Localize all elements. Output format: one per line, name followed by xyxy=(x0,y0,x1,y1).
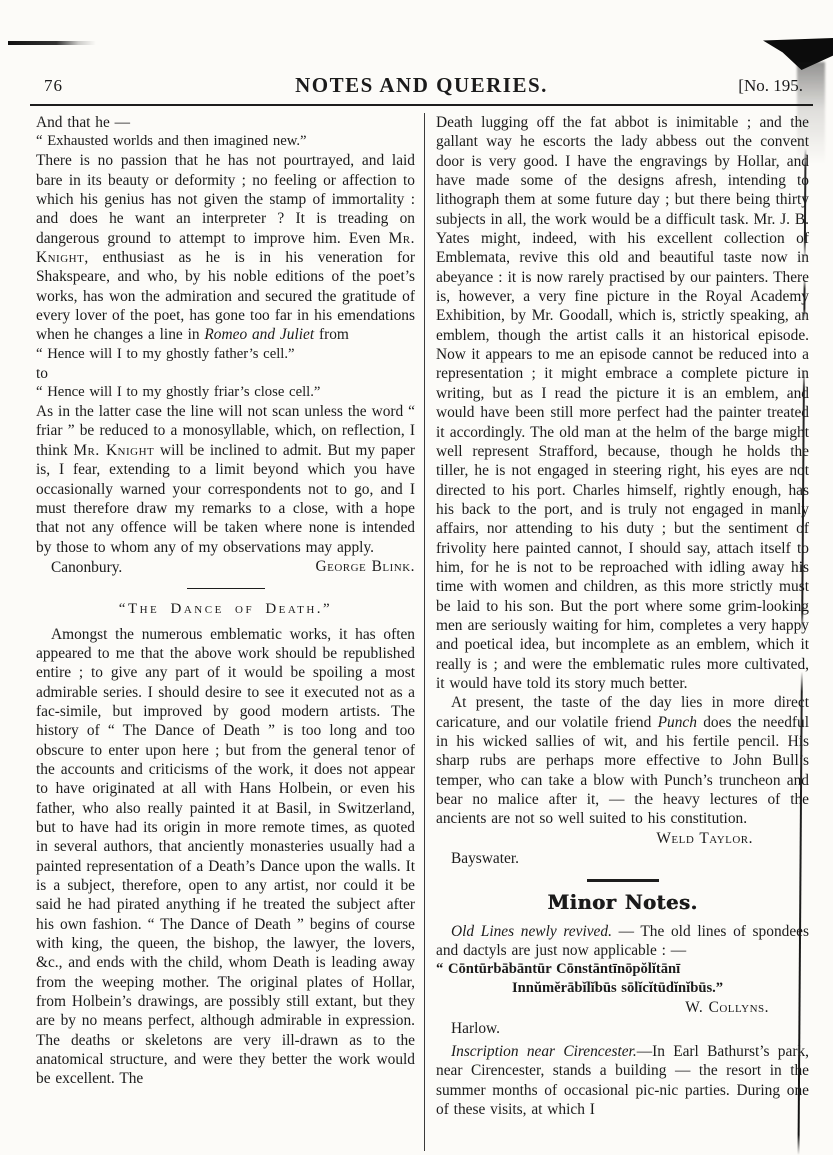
paragraph-inscription-cirencester: Inscription near Cirencester.—In Earl Ba… xyxy=(436,1042,809,1119)
signature-w-collyns: W. Collyns. xyxy=(436,998,809,1017)
placeline-bayswater: Bayswater. xyxy=(436,849,809,868)
latin-verse-line-1: “ Cōntūrbābāntūr Cōnstāntīnōpŏlĭtānī xyxy=(436,960,809,979)
paragraph-no-passion: There is no passion that he has not pour… xyxy=(36,151,415,344)
placeline-harlow: Harlow. xyxy=(436,1019,809,1038)
journal-title: NOTES AND QUERIES. xyxy=(36,73,807,98)
scan-streak-artifact xyxy=(8,41,96,45)
paragraph-old-lines-revived: Old Lines newly revived. — The old lines… xyxy=(436,922,809,961)
section-heading-minor-notes: Minor Notes. xyxy=(436,893,809,912)
issue-number: [No. 195. xyxy=(738,76,803,96)
carryover-line: And that he — xyxy=(36,113,415,132)
connector-line-to: to xyxy=(36,364,415,383)
verse-quote-fathers-cell: “ Hence will I to my ghostly father’s ce… xyxy=(36,345,415,364)
page-header: 76 NOTES AND QUERIES. [No. 195. xyxy=(36,68,807,98)
two-column-body: And that he — “ Exhausted worlds and the… xyxy=(36,113,809,1151)
left-column: And that he — “ Exhausted worlds and the… xyxy=(36,113,424,1151)
verse-quote-friars-cell: “ Hence will I to my ghostly friar’s clo… xyxy=(36,383,415,402)
section-divider xyxy=(187,588,265,589)
scanned-page: 76 NOTES AND QUERIES. [No. 195. And that… xyxy=(0,0,833,1155)
paragraph-latter-case: As in the latter case the line will not … xyxy=(36,402,415,557)
right-column: Death lugging off the fat abbot is inimi… xyxy=(425,113,809,1151)
verse-quote-exhausted: “ Exhausted worlds and then imagined new… xyxy=(36,132,415,151)
header-rule xyxy=(30,104,813,106)
latin-verse-line-2: Innŭmĕrābĭlĭbūs sōlĭcĭtūdĭnĭbūs.” xyxy=(512,979,809,998)
paragraph-at-present: At present, the taste of the day lies in… xyxy=(436,693,809,828)
section-heading-dance-of-death: “The Dance of Death.” xyxy=(36,600,415,619)
paragraph-amongst-emblematic: Amongst the numerous emblematic works, i… xyxy=(36,625,415,1089)
section-divider xyxy=(587,879,659,882)
paragraph-death-lugging: Death lugging off the fat abbot is inimi… xyxy=(436,113,809,693)
signature-weld-taylor: Weld Taylor. xyxy=(436,829,809,848)
